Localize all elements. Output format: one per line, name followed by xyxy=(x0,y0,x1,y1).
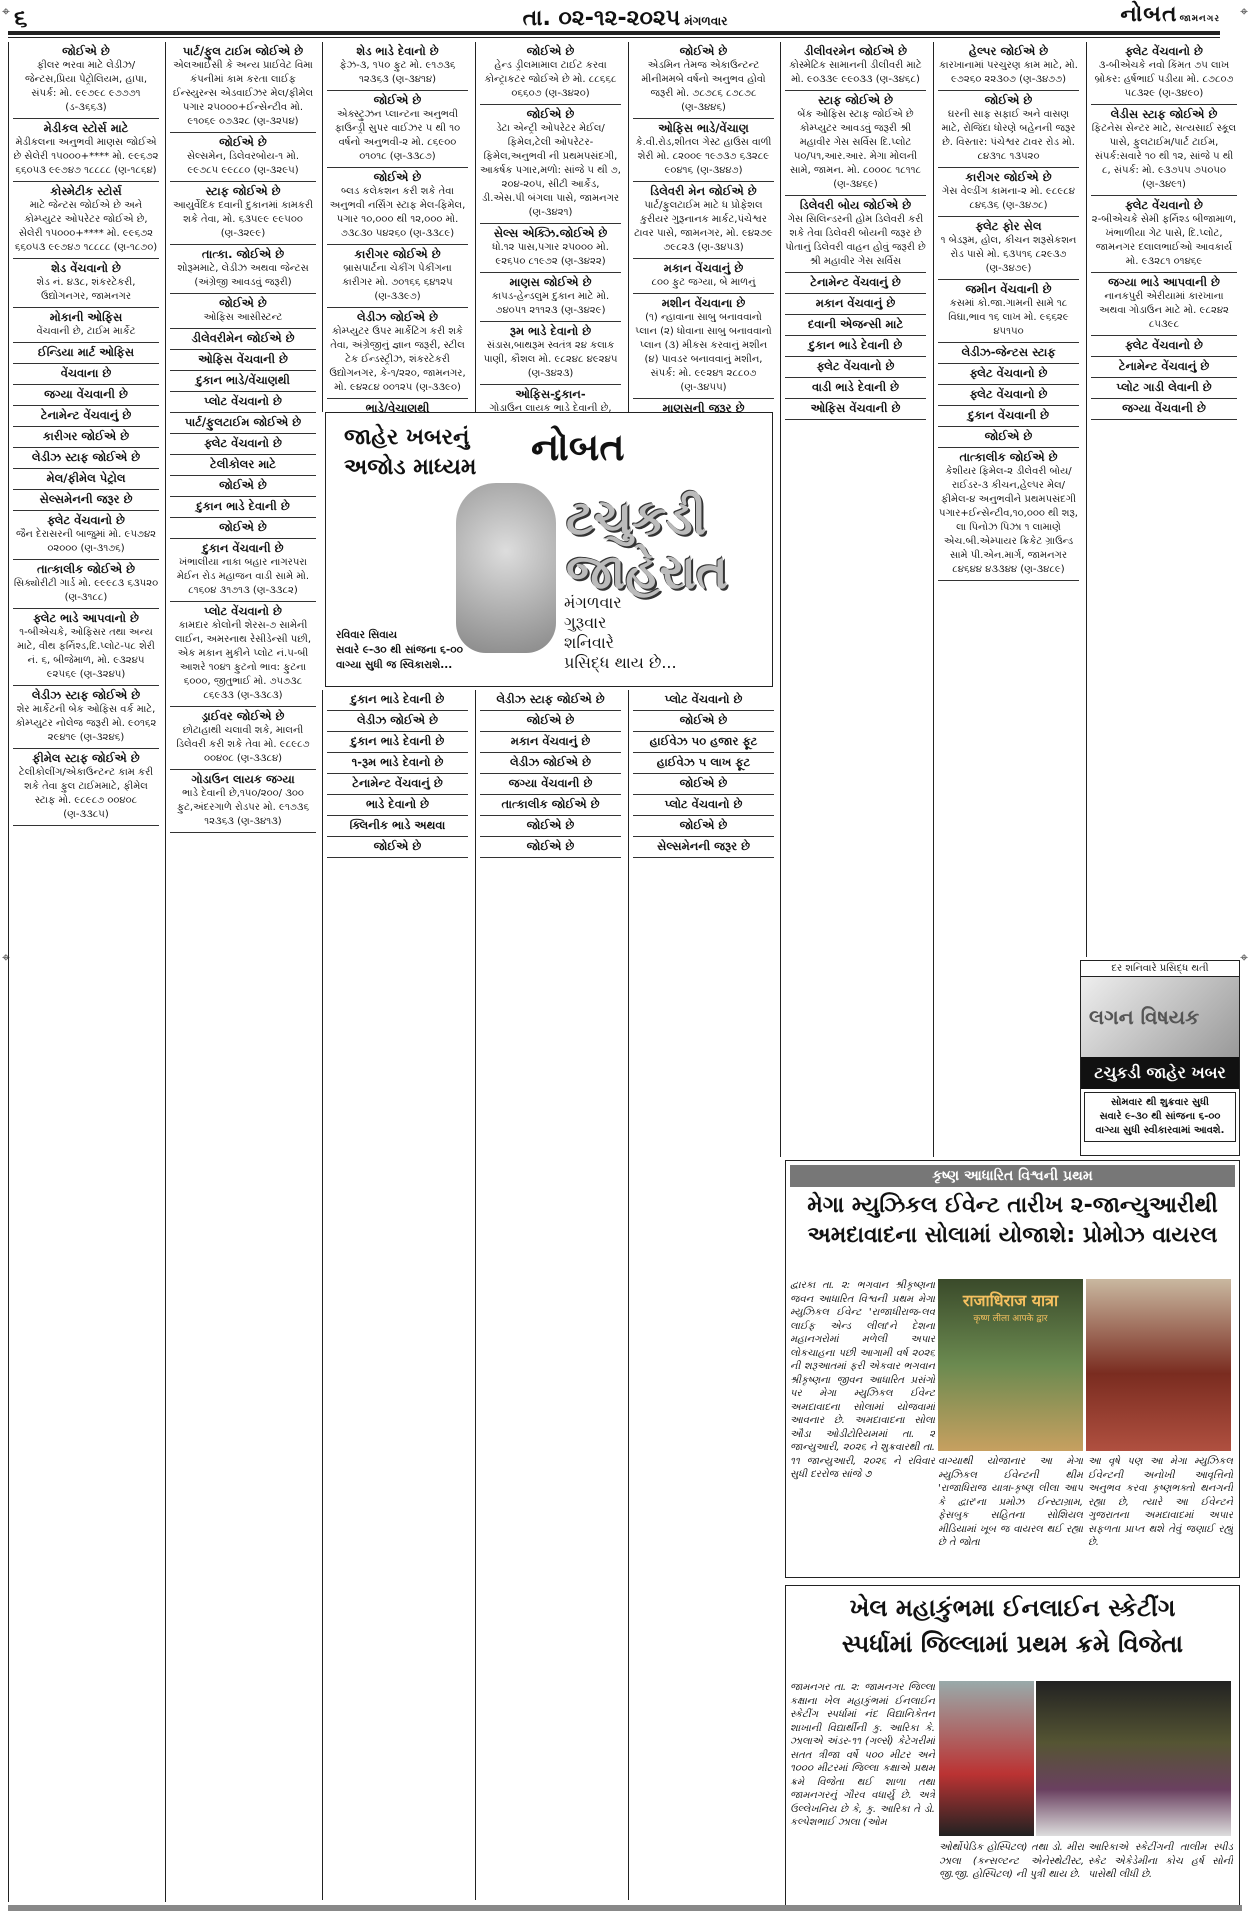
classified-ad: ડીલેવરીમેન જોઈએ છે xyxy=(170,329,316,350)
classified-column: જોઈએ છેહેન્ડ ડ્રીલમામાલ ટાઈટ કરવા કોન્ટ્… xyxy=(475,42,625,412)
ad-body: ગોડાઉન લાયક ભાડે દેવાની છે, દિ.પ્લોટ-૫૩ … xyxy=(480,402,621,412)
classified-ad: રૂમ ભાડે દેવાનો છેસંડાસ,બાથરૂમ સ્વતંત્ર … xyxy=(480,322,621,385)
ad-title: માણસની જરૂર છે xyxy=(633,401,774,412)
classified-ad: ઓફિસ વેંચવાની છે xyxy=(170,350,316,371)
classified-ad: જોઈએ છેફીલર ભરવા માટે લેડીઝ/જેન્ટસ,પ્રિય… xyxy=(13,42,159,119)
ad-title: લેડીઝ જોઈએ છે xyxy=(327,310,468,325)
classified-ad: મેડીકલ સ્ટોર્સ માટેમેડીકલના અનુભવી માણસ … xyxy=(13,119,159,182)
ad-title: વાડી ભાડે દેવાની છે xyxy=(785,380,926,395)
ad-title: જગ્યા વેંચવાની છે xyxy=(480,776,621,791)
ad-title: ભાડે દેવાનો છે xyxy=(327,797,468,812)
ad-title: જોઈએ છે xyxy=(480,839,621,854)
ad-title: ડિલેવરી મેન જોઈએ છે xyxy=(633,184,774,199)
ad-body: એડમિન તેમજ એકાઉન્ટન્ટ મીનીમમબે વર્ષનો અન… xyxy=(633,59,774,115)
classified-ad: પ્લોટ વેંચવાનો છે xyxy=(633,690,774,711)
ad-title: લેડીઝ જોઈએ છે xyxy=(480,755,621,770)
classified-ad: ઓફિસ-દુકાન-ગોડાઉન લાયક ભાડે દેવાની છે, દ… xyxy=(480,385,621,412)
classified-ad: ફ્લેટ ભાડે આપવાનો છે૧-બીએચકે, ઓફિસર તથા … xyxy=(13,609,159,686)
ad-title: ફ્લેટ વેંચવાનો છે xyxy=(170,436,316,451)
ad-body: ધો.૧૨ પાસ,પગાર ૨૫૦૦૦ મો. ૯૨૬૫૦ ૮૧૯૭૨ (ણ-… xyxy=(480,241,621,269)
peacock-cloth-image xyxy=(1086,1279,1231,1451)
classified-ad: મકાન વેંચવાનું છે xyxy=(480,732,621,753)
classified-ad: લેડીઝ સ્ટાફ જોઈએ છે xyxy=(13,448,159,469)
ad-title: મોકાની ઓફિસ xyxy=(13,310,159,325)
ad-title: ગોડાઉન લાયક જગ્યા xyxy=(170,772,316,787)
ad-title: લેડીઝ જોઈએ છે xyxy=(327,713,468,728)
ad-title: વેંચવાના છે xyxy=(13,366,159,381)
classified-ad: માણસ જોઈએ છેકાપડ-હેન્ડલુમ દુકાન માટે મો.… xyxy=(480,273,621,322)
ad-body: ઘરની સાફ સફાઈ અને વાસણ માટે, રોજિંદા ધોર… xyxy=(938,108,1079,164)
ad-title: જગ્યા વેંચવાની છે xyxy=(1091,401,1237,416)
ad-body: બેંક ઓફિસ સ્ટાફ જોઈએ છે કોમ્પ્યુટર આવડવુ… xyxy=(785,108,926,192)
ad-body: ૩-બીએચકે નવો કિંમત ૭૫ લાખ બ્રોકર: હર્ષભા… xyxy=(1091,59,1237,101)
ad-body: ખંભાલીયા નાકા બહાર નાગરપરા મેઈન રોડ મહાજ… xyxy=(170,556,316,598)
ad-title: દુકાન ભાડે દેવાની છે xyxy=(785,338,926,353)
lagna-vishayak-ad: દર શનિવારે પ્રસિદ્ધ થતી લગન વિષયક ટચુકડી… xyxy=(1080,960,1240,1156)
classified-ad: દવાની એજન્સી માટે xyxy=(785,315,926,336)
ad-body: નાનકપુરી એરીયામાં કારખાના અથવા ગોડાઉન મા… xyxy=(1091,290,1237,332)
issue-date: તા. ૦૨-૧૨-૨૦૨૫મંગળવાર xyxy=(0,6,1250,31)
classified-ad: પ્લોટ વેંચવાનો છેકામદાર કોલોની શેરસ-૭ સા… xyxy=(170,602,316,707)
ad-body: કોસ્મેટિક સામાનની ડીલીવરી માટે મો. ૯૦૩૩૯… xyxy=(785,59,926,87)
classified-ad: જગ્યા વેંચવાની છે xyxy=(1091,399,1237,420)
classified-ad: ફ્લેટ વેંચવાનો છે૩-બીએચકે નવો કિંમત ૭૫ લ… xyxy=(1091,42,1237,105)
ad-body: બ્રાસપાર્ટના ચેકીંગ પેકીંગના કારીગર મો. … xyxy=(327,262,468,304)
ad-body: છોટાહાથી ચલાવી શકે, માલની ડિલેવરી કરી શક… xyxy=(170,724,316,766)
ad-title: ફ્લેટ વેંચવાનો છે xyxy=(1091,338,1237,353)
ad-body: ફિટનેસ સેન્ટર માટે, સત્યસાઈ સ્કૂલ પાસે, … xyxy=(1091,122,1237,192)
ad-title: પ્લોટ વેંચવાનો છે xyxy=(170,394,316,409)
ad-title: લેડીઝ સ્ટાફ જોઈએ છે xyxy=(13,450,159,465)
thumbs-up-image xyxy=(456,483,556,653)
lagna-header: દર શનિવારે પ્રસિદ્ધ થતી xyxy=(1081,961,1239,977)
ad-title: ૧-રૂમ ભાડે દેવાનો છે xyxy=(327,755,468,770)
news-article-music-event: કૃષ્ણ આધારિત વિશ્વની પ્રથમ મેગા મ્યુઝિકલ… xyxy=(785,1160,1240,1578)
ad-title: ટેનામેન્ટ વેંચવાનું છે xyxy=(1091,359,1237,374)
ad-title: શેડ વેંચવાનો છે xyxy=(13,261,159,276)
ad-title: ઓફિસ ભાડે/વેંચાણ xyxy=(633,121,774,136)
ad-title: ભાડે/વેચાણથી xyxy=(327,401,468,412)
ad-title: જોઈએ છે xyxy=(170,135,316,150)
classified-ad: જોઈએ છેઘરની સાફ સફાઈ અને વાસણ માટે, રોજિ… xyxy=(938,91,1079,168)
ad-title: ફ્લેટ વેંચવાનો છે xyxy=(1091,198,1237,213)
classified-ad: ફ્લેટ ફોર સેલ૧ બેડરૂમ, હોલ, કીચન શરૂસેકશ… xyxy=(938,217,1079,280)
classified-column: હેલ્પર જોઈએ છેકારખાનામાં પરચુરણ કામ માટે… xyxy=(933,42,1083,1157)
ad-title: જોઈએ છે xyxy=(327,93,468,108)
promo-brand-logo: નોબત xyxy=(531,425,625,470)
ad-body: કસમાં કો.જા.ગામની સામે ૧૮ વિઘા,ભાવ ૧૬ લા… xyxy=(938,297,1079,339)
ad-title: ફ્લેટ વેંચવાનો છે xyxy=(938,387,1079,402)
classified-ad: લેડીસ સ્ટાફ જોઈએ છેફિટનેસ સેન્ટર માટે, સ… xyxy=(1091,105,1237,196)
classified-ad: ટેનામેન્ટ વેંચવાનું છે xyxy=(1091,357,1237,378)
ad-body: કોમ્પ્યુટર ઉપર માર્કેટિંગ કરી શકે તેવા, … xyxy=(327,325,468,395)
ad-title: મેલ/ફીમેલ પેટ્રોલ xyxy=(13,471,159,486)
masthead-rule-thin xyxy=(8,37,1220,38)
classified-ad: જોઈએ છેએડમિન તેમજ એકાઉન્ટન્ટ મીનીમમબે વર… xyxy=(633,42,774,119)
classified-ad: જગ્યા વેંચવાની છે xyxy=(480,774,621,795)
classified-ad: ભાડે/વેચાણથીઆપવાની છે, વકીલ, ડોકટર લેબોર… xyxy=(327,399,468,412)
ad-title: જોઈએ છે xyxy=(633,713,774,728)
lagna-footer: સોમવાર થી શુક્રવાર સુધી સવારે ૯-૩૦ થી સા… xyxy=(1084,1092,1236,1142)
ad-title: ઓફિસ વેંચવાની છે xyxy=(785,401,926,416)
ad-title: લેડીઝ સ્ટાફ જોઈએ છે xyxy=(13,688,159,703)
article-body-col1: જામનગર તા. ૨: જામનગર જિલ્લા કક્ષાના ખેલ … xyxy=(790,1681,935,1903)
classified-ad: ફ્લેટ વેંચવાનો છે xyxy=(938,385,1079,406)
lagna-foot-line: સવારે ૯-૩૦ થી સાંજના ૬-૦૦ xyxy=(1088,1110,1232,1124)
ad-title: કારીગર જોઈએ છે xyxy=(13,429,159,444)
ad-title: ફ્લેટ વેંચવાનો છે xyxy=(13,513,159,528)
classified-ad: ડિલેવરી બોય જોઈએ છેગેસ સિલિન્ડરની હોમ ડિ… xyxy=(785,196,926,273)
classified-ad: જોઈએ છે xyxy=(170,518,316,539)
classified-ad: જોઈએ છે xyxy=(327,837,468,858)
ad-body: કારખાનામાં પરચુરણ કામ માટે, મો. ૯૭૨૬૦ ૨૨… xyxy=(938,59,1079,87)
newspaper-logo: નોબતજામનગર xyxy=(1118,2,1220,27)
ad-title: ફ્લેટ વેંચવાનો છે xyxy=(785,359,926,374)
couple-image: લગન વિષયક xyxy=(1081,977,1239,1057)
classified-ad: દુકાન વેંચવાની છે xyxy=(938,406,1079,427)
ad-title: મકાન વેંચવાનું છે xyxy=(480,734,621,749)
ad-body: ડેટા એન્ટ્રી ઓપરેટર મેઈલ/ફિમેલ,ટેલી ઓપરે… xyxy=(480,122,621,220)
article-headline: મેગા મ્યુઝિકલ ઈવેન્ટ તારીખ ૨-જાન્યુઆરીથી… xyxy=(790,1191,1235,1251)
classified-ad: લેડીઝ-જેન્ટસ સ્ટાફ xyxy=(938,343,1079,364)
ad-title: સેલ્સમેનની જરૂર છે xyxy=(13,492,159,507)
classified-ad: હાઈવેઝ ૫૦ હજાર ફૂટ xyxy=(633,732,774,753)
classified-ad: ક્લિનીક ભાડે અથવા xyxy=(327,816,468,837)
classified-ad: લેડીઝ જોઈએ છે xyxy=(480,753,621,774)
ad-title: તાત્કાલીક જોઈએ છે xyxy=(480,797,621,812)
classified-ad: જોઈએ છે xyxy=(633,816,774,837)
ad-title: જોઈએ છે xyxy=(938,429,1079,444)
registration-mark-icon: ⌖ xyxy=(1240,4,1248,20)
news-article-skating: ખેલ મહાકુંભમા ઈનલાઈન સ્કેટીંગસ્પર્ધામાં … xyxy=(785,1585,1240,1907)
ad-body: કે.વી.રોડ,શીતલ ગેસ્ટ હાઉસ વાળી શેરી મો. … xyxy=(633,136,774,178)
classified-ad: લેડીઝ સ્ટાફ જોઈએ છે xyxy=(480,690,621,711)
classified-ad: ફ્લેટ વેંચવાનો છે xyxy=(785,357,926,378)
classified-ad: મકાન વેંચવાનું છે xyxy=(785,294,926,315)
ad-title: ક્લિનીક ભાડે અથવા xyxy=(327,818,468,833)
classified-column: ફ્લેટ વેંચવાનો છે૩-બીએચકે નવો કિંમત ૭૫ લ… xyxy=(1086,42,1241,957)
classified-ad: જોઈએ છેબ્લડ કલેકશન કરી શકે તેવા અનુભવી ન… xyxy=(327,168,468,245)
classified-ad: તાત્કાલીક જોઈએ છેસિક્યોરીટી ગાર્ડ મો. ૯૯… xyxy=(13,560,159,609)
registration-mark-icon: ⌖ xyxy=(2,4,10,20)
ad-title: કારીગર જોઈએ છે xyxy=(938,170,1079,185)
classified-ad: કારીગર જોઈએ છે xyxy=(13,427,159,448)
masthead: ૬ તા. ૦૨-૧૨-૨૦૨૫મંગળવાર નોબતજામનગર xyxy=(0,0,1250,34)
promo-big-title-2: જાહેરાત xyxy=(566,545,728,599)
classified-ad: જોઈએ છે xyxy=(633,711,774,732)
ad-title: જોઈએ છે xyxy=(170,478,316,493)
ad-body: કેશીયર ફિમેલ-૨ ડીલેવરી બોય/રાઈડર-૩ કીચન,… xyxy=(938,465,1079,577)
promo-day: પ્રસિદ્ધ થાય છે... xyxy=(564,653,677,673)
ad-body: ઓફિસ આસીસ્ટન્ટ xyxy=(170,311,316,325)
ad-body: હેન્ડ ડ્રીલમામાલ ટાઈટ કરવા કોન્ટ્રાકટર જ… xyxy=(480,59,621,101)
classified-ad: દુકાન ભાડે દેવાની છે xyxy=(327,690,468,711)
ad-title: જોઈએ છે xyxy=(327,839,468,854)
ad-body: ગેસ સિલિન્ડરની હોમ ડિલેવરી કરી શકે તેવા … xyxy=(785,213,926,269)
ad-body: શેડ નં. ૪૩૮, શંકરટેકરી, ઉદ્યોગનગર, જામનગ… xyxy=(13,276,159,304)
classified-column: લેડીઝ સ્ટાફ જોઈએ છેજોઈએ છેમકાન વેંચવાનું… xyxy=(475,690,625,1900)
ad-title: મકાન વેંચવાનું છે xyxy=(785,296,926,311)
classified-ad: જોઈએ છેડેટા એન્ટ્રી ઓપરેટર મેઈલ/ફિમેલ,ટે… xyxy=(480,105,621,224)
lagna-foot-line: વાગ્યા સુધી સ્વીકારવામાં આવશે. xyxy=(1088,1124,1232,1138)
ad-title: દુકાન ભાડે દેવાની છે xyxy=(327,692,468,707)
ad-title: જોઈએ છે xyxy=(480,44,621,59)
classified-ad: દુકાન ભાડે/વેંચાણથી xyxy=(170,371,316,392)
ad-body: ભાડે દેવાની છે,૧૫૦/૨૦૦/ ૩૦૦ ફુટ,અંદરગાળે… xyxy=(170,787,316,829)
classified-ad: મકાન વેંચવાનું છે૮૦૦ ફુટ જગ્યા, બે માળનુ… xyxy=(633,259,774,294)
ad-title: ઓફિસ વેંચવાની છે xyxy=(170,352,316,367)
classified-ad: જગ્યા ભાડે આપવાની છેનાનકપુરી એરીયામાં કા… xyxy=(1091,273,1237,336)
ad-title: તાત્કાલીક જોઈએ છે xyxy=(938,450,1079,465)
classified-ad: સ્ટાફ જોઈએ છેઆયુર્વેદિક દવાની દુકાનમાં ક… xyxy=(170,182,316,245)
ad-body: (૧) ન્હાવાના સાબુ બનાવવાનો પ્લાન (૨) ધોવ… xyxy=(633,311,774,395)
classified-column: જોઈએ છેએડમિન તેમજ એકાઉન્ટન્ટ મીનીમમબે વર… xyxy=(628,42,778,412)
ad-title: રૂમ ભાડે દેવાનો છે xyxy=(480,324,621,339)
ad-body: ગેસ વેલ્ડીંગ કામના-૨ મો. ૯૮૯૮૪ ૮૪૬૩૬ (ણ-… xyxy=(938,185,1079,213)
ad-title: ટેનામેન્ટ વેંચવાનું છે xyxy=(13,408,159,423)
ad-title: લેડીસ સ્ટાફ જોઈએ છે xyxy=(1091,107,1237,122)
ad-title: દુકાન ભાડે/વેંચાણથી xyxy=(170,373,316,388)
ad-title: જોઈએ છે xyxy=(633,776,774,791)
promo-days: મંગળવાર ગુરૂવાર શનિવારે પ્રસિદ્ધ થાય છે.… xyxy=(564,593,677,673)
ad-body: કામદાર કોલોની શેરસ-૭ સામેની લાઈન, અમરનાથ… xyxy=(170,619,316,703)
classified-ad: માણસની જરૂર છેબુટ-ચંપલની દુકાન માટે મો. … xyxy=(633,399,774,412)
ad-title: તાત્કાલીક જોઈએ છે xyxy=(13,562,159,577)
ad-title: જોઈએ છે xyxy=(170,296,316,311)
classified-ad: તાત્કાલીક જોઈએ છેકેશીયર ફિમેલ-૨ ડીલેવરી … xyxy=(938,448,1079,581)
classified-ad: ડીલીવરમેન જોઈએ છેકોસ્મેટિક સામાનની ડીલીવ… xyxy=(785,42,926,91)
classified-column: શેડ ભાડે દેવાનો છેફેઝ-૩, ૧૫૦ ફુટ મો. ૯૧૭… xyxy=(322,42,472,412)
classified-ad: ભાડે દેવાનો છે xyxy=(327,795,468,816)
classified-ad: સેલ્સ એક્ઝિ.જોઈએ છેધો.૧૨ પાસ,પગાર ૨૫૦૦૦ … xyxy=(480,224,621,273)
ad-title: ફીમેલ સ્ટાફ જોઈએ છે xyxy=(13,751,159,766)
article-body-col2: ઓર્થોપેડિક હોસ્પિટલ) તથા ડો. મીરા ઝાલા (… xyxy=(939,1841,1084,1903)
ad-title: ફ્લેટ વેંચવાનો છે xyxy=(938,366,1079,381)
classified-ad: પાર્ટ/ફુલટાઈમ જોઈએ છે xyxy=(170,413,316,434)
classified-ad: પાર્ટ/ફુલ ટાઈમ જોઈએ છેએલઆઈસી કે અન્ય પ્ર… xyxy=(170,42,316,133)
classified-column: દુકાન ભાડે દેવાની છેલેડીઝ જોઈએ છેદુકાન ભ… xyxy=(322,690,472,1900)
ad-title: દુકાન વેંચવાની છે xyxy=(170,541,316,556)
classified-ad: જોઈએ છે xyxy=(633,774,774,795)
ad-body: ૮૦૦ ફુટ જગ્યા, બે માળનું xyxy=(633,276,774,290)
article-headline: ખેલ મહાકુંભમા ઈનલાઈન સ્કેટીંગસ્પર્ધામાં … xyxy=(790,1590,1235,1662)
classified-ad: જોઈએ છેસેલ્સમેન, ડિલેવરબોય-૧ મો. ૯૯૭૮૫ ૯… xyxy=(170,133,316,182)
skater-girl-image xyxy=(939,1681,1034,1836)
classified-ad: સેલ્સમેનની જરૂર છે xyxy=(13,490,159,511)
classified-ad: પ્લોટ વેંચવાનો છે xyxy=(170,392,316,413)
classified-ad: ફ્લેટ વેંચવાનો છે xyxy=(938,364,1079,385)
ad-body: સિક્યોરીટી ગાર્ડ મો. ૯૯૯૮૩ ૬૩૫૨૦ (ણ-૩૧૮૮… xyxy=(13,577,159,605)
classified-ad: ઈન્ડિયા માર્ટ ઓફિસ xyxy=(13,343,159,364)
promo-note: રવિવાર સિવાય સવારે ૯-૩૦ થી સાંજના ૬-૦૦ વ… xyxy=(336,628,463,673)
classified-ad: લેડીઝ સ્ટાફ જોઈએ છેશેર માર્કેટની બેક ઓફિ… xyxy=(13,686,159,749)
ad-title: પ્લોટ ગાડી લેવાની છે xyxy=(1091,380,1237,395)
classified-ad: ગોડાઉન લાયક જગ્યાભાડે દેવાની છે,૧૫૦/૨૦૦/… xyxy=(170,770,316,833)
ad-title: જોઈએ છે xyxy=(13,44,159,59)
article-kicker: કૃષ્ણ આધારિત વિશ્વની પ્રથમ xyxy=(790,1165,1235,1187)
article-body-col3: આરિકાએ સ્કેટીંગની તાલીમ સ્પીડ સ્કેટ એકેડ… xyxy=(1088,1841,1233,1903)
promo-tagline: જાહેર ખબરનુંઅજોડ માધ્યમ xyxy=(344,423,476,483)
article-body-col1: દ્વારકા તા. ૨: ભગવાન શ્રીકૃષ્ણના જવન આધા… xyxy=(790,1279,935,1577)
ad-title: ટેનામેન્ટ વેંચવાનું છે xyxy=(785,275,926,290)
ad-title: જોઈએ છે xyxy=(480,818,621,833)
ad-title: જગ્યા વેંચવાની છે xyxy=(13,387,159,402)
ad-body: બ્લડ કલેકશન કરી શકે તેવા અનુભવી નર્સિંગ … xyxy=(327,185,468,241)
promo-note-line: રવિવાર સિવાય xyxy=(336,628,463,643)
ad-body: એક્સ્ટ્રુઝન પ્લાન્ટના અનુભવી ફાઉન્ડ્રી સ… xyxy=(327,108,468,164)
classified-ad: શેડ વેંચવાનો છેશેડ નં. ૪૩૮, શંકરટેકરી, ઉ… xyxy=(13,259,159,308)
classified-ad: ૧-રૂમ ભાડે દેવાનો છે xyxy=(327,753,468,774)
ad-body: મેડીકલના અનુભવી માણસ જોઈએ છે સેલેરી ૧૫૦૦… xyxy=(13,136,159,178)
classified-ad: જોઈએ છે xyxy=(480,711,621,732)
classified-ad: વેંચવાના છે xyxy=(13,364,159,385)
classified-column: જોઈએ છેફીલર ભરવા માટે લેડીઝ/જેન્ટસ,પ્રિય… xyxy=(8,42,163,1902)
ad-title: સેલ્સમેનની જરૂર છે xyxy=(633,839,774,854)
classified-ad: સેલ્સમેનની જરૂર છે xyxy=(633,837,774,858)
classified-ad: જમીન વેંચવાની છેકસમાં કો.જા.ગામની સામે ૧… xyxy=(938,280,1079,343)
promo-tagline-line1: જાહેર ખબરનું xyxy=(344,423,476,453)
classified-ad: સ્ટાફ જોઈએ છેબેંક ઓફિસ સ્ટાફ જોઈએ છે કોમ… xyxy=(785,91,926,196)
ad-title: સેલ્સ એક્ઝિ.જોઈએ છે xyxy=(480,226,621,241)
ad-title: કોસ્મેટીક સ્ટોર્સ xyxy=(13,184,159,199)
classified-ad: દુકાન ભાડે દેવાની છે xyxy=(785,336,926,357)
classified-ad: તાત્કાલીક જોઈએ છે xyxy=(480,795,621,816)
ad-body: ૧ બેડરૂમ, હોલ, કીચન શરૂસેકશન રોડ પાસે મો… xyxy=(938,234,1079,276)
ad-title: ઓફિસ-દુકાન- xyxy=(480,387,621,402)
ad-title: સ્ટાફ જોઈએ છે xyxy=(785,93,926,108)
ad-title: જોઈએ છે xyxy=(938,93,1079,108)
ad-title: શેડ ભાડે દેવાનો છે xyxy=(327,44,468,59)
classified-column: પ્લોટ વેંચવાનો છેજોઈએ છેહાઈવેઝ ૫૦ હજાર ફ… xyxy=(628,690,778,1900)
logo-city: જામનગર xyxy=(1180,14,1220,24)
ad-title: દુકાન વેંચવાની છે xyxy=(938,408,1079,423)
classified-ad: મોકાની ઓફિસવેંચવાની છે, ટાઈમ માર્કેટ xyxy=(13,308,159,343)
ad-title: લેડીઝ સ્ટાફ જોઈએ છે xyxy=(480,692,621,707)
ad-title: તાત્કા. જોઈએ છે xyxy=(170,247,316,262)
ad-body: માટે જેન્ટસ જોઈએ છે અને કોમ્પ્યુટર ઓપરેટ… xyxy=(13,199,159,255)
classified-ad: ઓફિસ વેંચવાની છે xyxy=(785,399,926,420)
registration-mark-icon: ⌖ xyxy=(1240,950,1248,966)
ad-title: સ્ટાફ જોઈએ છે xyxy=(170,184,316,199)
classified-ad: પ્લોટ વેંચવાનો છે xyxy=(633,795,774,816)
ad-title: ફ્લેટ વેંચવાનો છે xyxy=(1091,44,1237,59)
headline-line1: મેગા મ્યુઝિકલ ઈવેન્ટ તારીખ ૨-જાન્યુઆરીથી xyxy=(790,1191,1235,1221)
tachukdi-promo-ad: જાહેર ખબરનુંઅજોડ માધ્યમ નોબત ટચુકડીજાહેર… xyxy=(325,412,773,687)
ad-body: ૧-બીએચકે, ઓફિસર તથા અન્ય માટે, વીથ ફર્નિ… xyxy=(13,626,159,682)
ad-title: પ્લોટ વેંચવાનો છે xyxy=(633,692,774,707)
ad-body: ૨-બીએચકે સેમી ફર્નિશ્ડ બીજામાળ, ખંભાળીયા… xyxy=(1091,213,1237,269)
ad-title: પાર્ટ/ફુલટાઈમ જોઈએ છે xyxy=(170,415,316,430)
ad-title: ઈન્ડિયા માર્ટ ઓફિસ xyxy=(13,345,159,360)
ad-title: પાર્ટ/ફુલ ટાઈમ જોઈએ છે xyxy=(170,44,316,59)
ad-title: મશીન વેંચવાના છે xyxy=(633,296,774,311)
ad-title: કારીગર જોઈએ છે xyxy=(327,247,468,262)
promo-tagline-line2: અજોડ માધ્યમ xyxy=(344,453,476,483)
date-text: તા. ૦૨-૧૨-૨૦૨૫ xyxy=(523,6,681,31)
promo-day: મંગળવાર xyxy=(564,593,677,613)
ad-body: ટેલીકોલીંગ/એકાઉન્ટન્ટ કામ કરી શકે તેવા ફ… xyxy=(13,766,159,822)
lagna-band: ટચુકડી જાહેર ખબર xyxy=(1081,1057,1239,1089)
ad-title: ટેલીકોલર માટે xyxy=(170,457,316,472)
classified-ad: હાઈવેઝ ૫ લાખ ફૂટ xyxy=(633,753,774,774)
classified-ad: જોઈએ છેહેન્ડ ડ્રીલમામાલ ટાઈટ કરવા કોન્ટ્… xyxy=(480,42,621,105)
lagna-foot-line: સોમવાર થી શુક્રવાર સુધી xyxy=(1088,1096,1232,1110)
classified-ad: જોઈએ છે xyxy=(938,427,1079,448)
ad-body: વેંચવાની છે, ટાઈમ માર્કેટ xyxy=(13,325,159,339)
classified-ad: હેલ્પર જોઈએ છેકારખાનામાં પરચુરણ કામ માટે… xyxy=(938,42,1079,91)
ad-title: હાઈવેઝ ૫ લાખ ફૂટ xyxy=(633,755,774,770)
ad-body: સંડાસ,બાથરૂમ સ્વતંત્ર ૨૪ કલાક પાણી, કૌશલ… xyxy=(480,339,621,381)
promo-day: ગુરૂવાર xyxy=(564,613,677,633)
ad-title: જોઈએ છે xyxy=(480,107,621,122)
classified-ad: શેડ ભાડે દેવાનો છેફેઝ-૩, ૧૫૦ ફુટ મો. ૯૧૭… xyxy=(327,42,468,91)
masthead-rule xyxy=(8,31,1220,35)
ad-body: ફીલર ભરવા માટે લેડીઝ/જેન્ટસ,પ્રિયા પેટ્ર… xyxy=(13,59,159,115)
ad-title: માણસ જોઈએ છે xyxy=(480,275,621,290)
classified-ad: જોઈએ છેઓફિસ આસીસ્ટન્ટ xyxy=(170,294,316,329)
ad-title: ડીલેવરીમેન જોઈએ છે xyxy=(170,331,316,346)
ad-title: મેડીકલ સ્ટોર્સ માટે xyxy=(13,121,159,136)
classified-column: પાર્ટ/ફુલ ટાઈમ જોઈએ છેએલઆઈસી કે અન્ય પ્ર… xyxy=(165,42,320,1902)
ad-title: ડીલીવરમેન જોઈએ છે xyxy=(785,44,926,59)
ad-body: ફેઝ-૩, ૧૫૦ ફુટ મો. ૯૧૭૩૬ ૧૨૩૬૩ (ણ-૩૪૧૪) xyxy=(327,59,468,87)
promo-big-title-1: ટચુકડી xyxy=(566,491,728,545)
classified-ad: જોઈએ છે xyxy=(480,816,621,837)
ad-title: મકાન વેંચવાનું છે xyxy=(633,261,774,276)
classified-ad: જોઈએ છે xyxy=(480,837,621,858)
ad-title: ડ્રાઈવર જોઈએ છે xyxy=(170,709,316,724)
ad-title: જમીન વેંચવાની છે xyxy=(938,282,1079,297)
classified-ad: લેડીઝ જોઈએ છે xyxy=(327,711,468,732)
classified-ad: મેલ/ફીમેલ પેટ્રોલ xyxy=(13,469,159,490)
classified-ad: લેડીઝ જોઈએ છેકોમ્પ્યુટર ઉપર માર્કેટિંગ ક… xyxy=(327,308,468,399)
classified-ad: ફ્લેટ વેંચવાનો છે xyxy=(170,434,316,455)
ad-body: શેર માર્કેટની બેક ઓફિસ વર્ક માટે, કોમ્પ્… xyxy=(13,703,159,745)
classified-ad: ફીમેલ સ્ટાફ જોઈએ છેટેલીકોલીંગ/એકાઉન્ટન્ટ… xyxy=(13,749,159,826)
ad-body: જૈન દેરાસરની બાજુમાં મો. ૯૫૭૪૨ ૦૨૦૦૦ (ણ-… xyxy=(13,528,159,556)
classified-ad: જોઈએ છેએક્સ્ટ્રુઝન પ્લાન્ટના અનુભવી ફાઉન… xyxy=(327,91,468,168)
ad-title: ફ્લેટ ફોર સેલ xyxy=(938,219,1079,234)
promo-big-title: ટચુકડીજાહેરાત xyxy=(566,491,728,599)
ad-title: ડિલેવરી બોય જોઈએ છે xyxy=(785,198,926,213)
ad-body: એલઆઈસી કે અન્ય પ્રાઈવેટ વિમા કંપનીમાં કા… xyxy=(170,59,316,129)
coach-and-girl-image xyxy=(1036,1681,1231,1836)
classified-ad: કારીગર જોઈએ છેગેસ વેલ્ડીંગ કામના-૨ મો. ૯… xyxy=(938,168,1079,217)
ad-title: પ્લોટ વેંચવાનો છે xyxy=(170,604,316,619)
classified-ad: કારીગર જોઈએ છેબ્રાસપાર્ટના ચેકીંગ પેકીંગ… xyxy=(327,245,468,308)
promo-day: શનિવારે xyxy=(564,633,677,653)
ad-title: જગ્યા ભાડે આપવાની છે xyxy=(1091,275,1237,290)
article-body-col3: આ વૃષે પણ આ મેગા મ્યુઝિકલ ઈવેન્ટની અનોખી… xyxy=(1088,1455,1233,1575)
ad-title: જોઈએ છે xyxy=(633,44,774,59)
promo-note-line: સવારે ૯-૩૦ થી સાંજના ૬-૦૦ xyxy=(336,643,463,658)
ad-body: શોરૂમમાટે, લેડીઝ અથવા જેન્ટસ (અંગ્રેજી આ… xyxy=(170,262,316,290)
classified-column: ડીલીવરમેન જોઈએ છેકોસ્મેટિક સામાનની ડીલીવ… xyxy=(780,42,930,1157)
ad-title: હેલ્પર જોઈએ છે xyxy=(938,44,1079,59)
ad-title: દુકાન ભાડે દેવાની છે xyxy=(170,499,316,514)
classified-ad: ફ્લેટ વેંચવાનો છે૨-બીએચકે સેમી ફર્નિશ્ડ … xyxy=(1091,196,1237,273)
poster-title: राजाधिराज यात्रा xyxy=(938,1279,1083,1311)
ad-body: પાર્ટ/ફુલટાઈમ માટે ધ પ્રોફેશલ કુરીયર ગુર… xyxy=(633,199,774,255)
classified-ad: કોસ્મેટીક સ્ટોર્સમાટે જેન્ટસ જોઈએ છે અને… xyxy=(13,182,159,259)
classified-ad: પ્લોટ ગાડી લેવાની છે xyxy=(1091,378,1237,399)
article-body-col2: વાગ્યાથી યોજાનાર આ મેગા મ્યુઝિકલ ઈવેન્ટન… xyxy=(938,1455,1083,1575)
ad-title: લેડીઝ-જેન્ટસ સ્ટાફ xyxy=(938,345,1079,360)
classified-ad: જોઈએ છે xyxy=(170,476,316,497)
classified-ad: દુકાન ભાડે દેવાની છે xyxy=(327,732,468,753)
poster-subtitle: कृष्ण लीला आपके द्वार xyxy=(938,1311,1083,1324)
classified-ad: ડિલેવરી મેન જોઈએ છેપાર્ટ/ફુલટાઈમ માટે ધ … xyxy=(633,182,774,259)
